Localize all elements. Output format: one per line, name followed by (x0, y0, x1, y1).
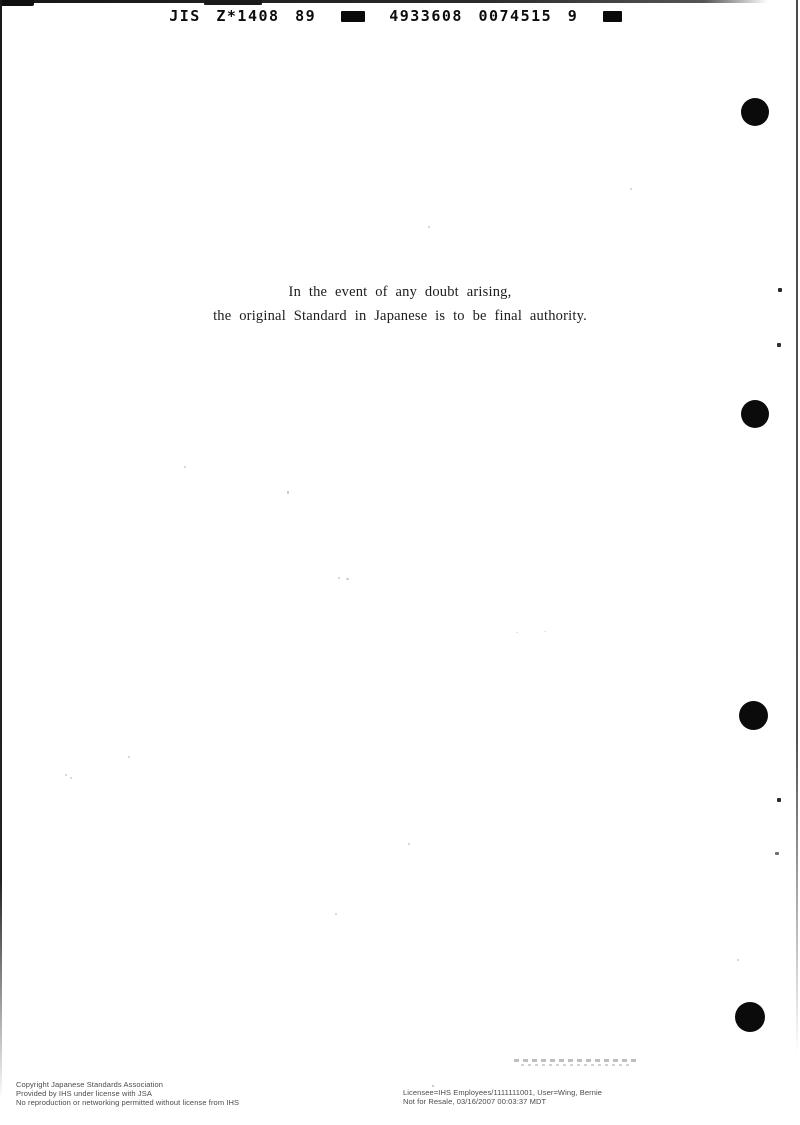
noise-speck (516, 632, 518, 633)
noise-speck (630, 188, 632, 190)
notice-line-1: In the event of any doubt arising, (0, 280, 800, 304)
notice-line-2: the original Standard in Japanese is to … (0, 304, 800, 328)
noise-speck (128, 756, 130, 758)
faint-dashed-artifact (521, 1064, 629, 1066)
top-left-scan-mark (0, 0, 34, 6)
punch-hole-icon (741, 400, 769, 428)
noise-speck (184, 466, 186, 468)
noise-speck (428, 226, 430, 228)
noise-speck (346, 578, 349, 580)
top-scan-edge-line (0, 0, 800, 3)
authority-notice: In the event of any doubt arising, the o… (0, 280, 800, 328)
standard-code-right: 4933608 0074515 9 (389, 7, 578, 25)
licensee-line-1: Licensee=IHS Employees/1111111001, User=… (403, 1088, 602, 1097)
punch-hole-icon (741, 98, 769, 126)
licensee-line-2: Not for Resale, 03/16/2007 00:03:37 MDT (403, 1097, 602, 1106)
noise-speck (432, 1085, 434, 1087)
punch-hole-icon (735, 1002, 765, 1032)
noise-speck (287, 491, 289, 494)
faint-dashed-artifact (514, 1059, 637, 1062)
noise-speck (65, 774, 67, 776)
copyright-footer: Copyright Japanese Standards Association… (16, 1080, 239, 1107)
edge-tick-mark (777, 798, 781, 802)
scanned-document-page: JIS Z*1408 89 4933608 0074515 9 In the e… (0, 0, 800, 1125)
separator-bar-icon (341, 11, 365, 22)
noise-speck (338, 577, 340, 579)
standard-code-header: JIS Z*1408 89 4933608 0074515 9 (0, 7, 800, 25)
copyright-line-2: Provided by IHS under license with JSA (16, 1089, 239, 1098)
copyright-line-3: No reproduction or networking permitted … (16, 1098, 239, 1107)
standard-code-left: JIS Z*1408 89 (169, 7, 316, 25)
punch-hole-icon (739, 701, 768, 730)
separator-bar-icon (603, 11, 622, 22)
noise-speck (737, 959, 739, 961)
edge-tick-mark (777, 343, 781, 347)
copyright-line-1: Copyright Japanese Standards Association (16, 1080, 239, 1089)
edge-tick-mark (778, 288, 782, 292)
left-scan-edge-line (0, 0, 2, 1100)
noise-speck (70, 777, 72, 779)
noise-speck (544, 631, 546, 632)
licensee-footer: Licensee=IHS Employees/1111111001, User=… (403, 1088, 602, 1106)
top-mid-scan-mark (204, 0, 262, 5)
noise-speck (335, 913, 337, 915)
right-scan-edge-line (796, 0, 798, 1055)
noise-speck (408, 843, 410, 845)
edge-tick-mark (775, 852, 779, 855)
